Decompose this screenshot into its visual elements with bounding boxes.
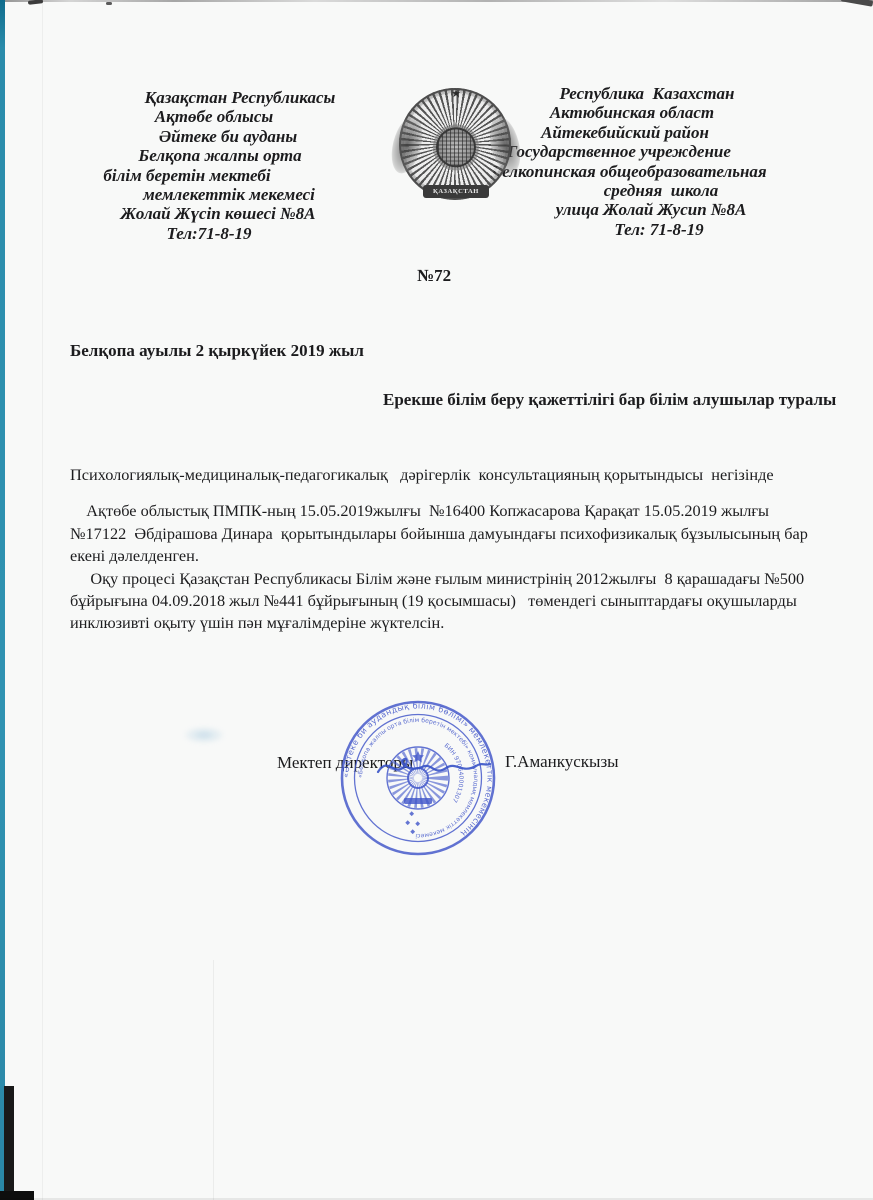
emblem-shanyrak-icon [436,127,476,167]
letterhead-line: Тел: 71-8-19 [492,220,826,239]
scan-speck [106,2,112,5]
scanned-document-page: Қазақстан Республикасы Ақтөбе облысы Әйт… [0,0,873,1200]
letterhead-line: Жолай Жүсіп көшесі №8А [56,204,380,223]
scan-streak [213,960,214,1200]
body-paragraph: Ақтөбе облыстық ПМПК-ның 15.05.2019жылғы… [70,500,818,567]
letterhead-line: Республика Казахстан [480,84,814,103]
letterhead-russian: Республика Казахстан Актюбинская област … [488,84,822,239]
letterhead-line: Әйтеке би ауданы [66,127,390,146]
emblem-banner: ҚАЗАҚСТАН [423,185,489,198]
emblem-star-icon [397,87,515,100]
letterhead-line: улица Жолай Жусип №8А [484,200,818,219]
scan-speck [28,0,43,5]
letterhead-line: Қазақстан Республикасы [78,88,402,107]
place-and-date: Белқопа ауылы 2 қыркүйек 2019 жыл [70,341,364,361]
scan-top-right-mark [841,0,873,7]
scan-left-black-strip [4,1086,14,1200]
letterhead-line: Тел:71-8-19 [47,224,371,243]
document-body: Психологиялық-медициналық-педагогикалық … [70,464,818,635]
document-title: Ерекше білім беру қажеттілігі бар білім … [383,390,836,410]
handwritten-signature [374,748,494,784]
body-paragraph: Оқу процесі Қазақстан Республикасы Білім… [70,568,818,635]
signature-name: Г.Аманкускызы [505,752,619,772]
letterhead-line: Белқопа жалпы орта [58,146,382,165]
kazakhstan-coat-of-arms-icon: ҚАЗАҚСТАН [397,86,515,212]
scan-top-edge [0,0,873,2]
letterhead-line: средняя школа [494,181,828,200]
ink-smudge [182,726,226,744]
letterhead-line: Ақтөбе облысы [52,107,376,126]
document-number: №72 [417,266,451,286]
letterhead-line: білім беретін мектебі [25,166,349,185]
scan-left-edge-stripe [0,0,5,1200]
letterhead-line: Актюбинская област [465,103,799,122]
body-paragraph: Психологиялық-медициналық-педагогикалық … [70,464,818,486]
letterhead-line: мемлекеттік мекемесі [67,185,391,204]
letterhead-kazakh: Қазақстан Республикасы Ақтөбе облысы Әйт… [58,88,382,243]
